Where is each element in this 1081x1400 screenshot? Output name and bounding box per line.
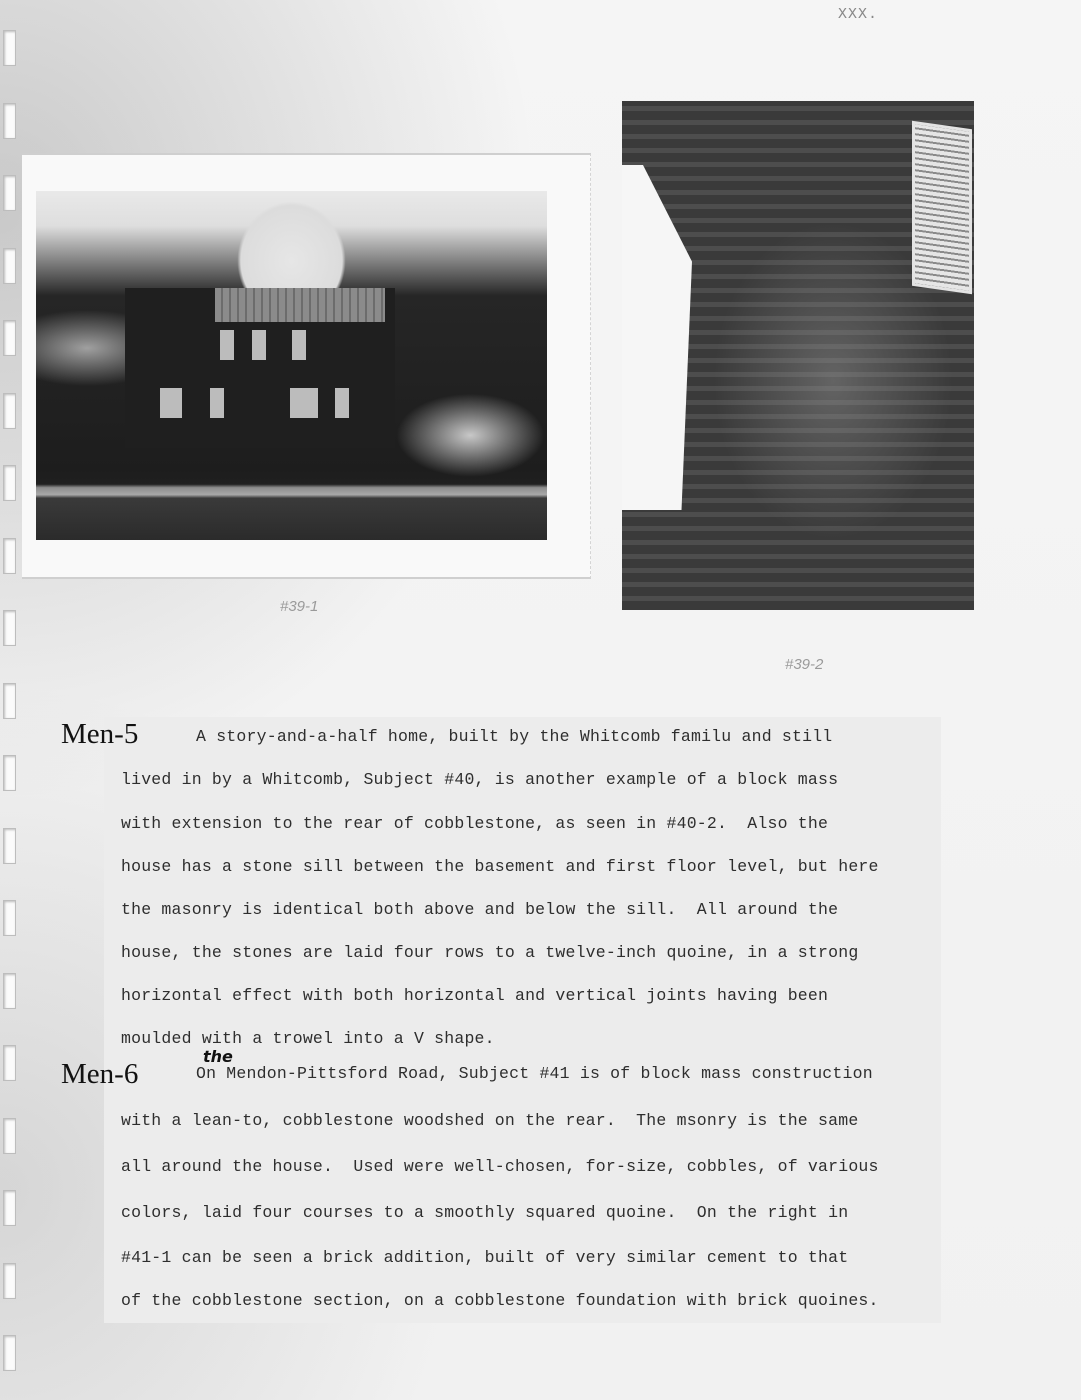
window [210,388,224,418]
window [335,388,349,418]
binder-hole [3,1118,16,1154]
window [160,388,182,418]
binder-hole [3,683,16,719]
house-roof [215,288,385,322]
text-line: house, the stones are laid four rows to … [121,943,858,962]
binder-hole [3,320,16,356]
binder-hole [3,1190,16,1226]
photo-caption: #39-1 [280,598,318,615]
section-label: Men-6 [61,1058,138,1091]
binder-hole [3,393,16,429]
text-line: of the cobblestone section, on a cobbles… [121,1291,879,1310]
section-label: Men-5 [61,718,138,751]
binder-hole [3,610,16,646]
binder-hole [3,973,16,1009]
text-line: On Mendon-Pittsford Road, Subject #41 is… [196,1064,873,1083]
text-line: A story-and-a-half home, built by the Wh… [196,727,832,746]
binder-hole [3,465,16,501]
binder-hole [3,103,16,139]
binder-hole [3,1263,16,1299]
binder-hole [3,900,16,936]
text-line: house has a stone sill between the basem… [121,857,879,876]
text-line: lived in by a Whitcomb, Subject #40, is … [121,770,838,789]
photo-caption: #39-2 [785,656,823,673]
text-line: horizontal effect with both horizontal a… [121,986,828,1005]
binder-hole [3,30,16,66]
text-line: #41-1 can be seen a brick addition, buil… [121,1248,848,1267]
binder-hole [3,1335,16,1371]
typed-text-panel [104,717,941,1323]
window [220,330,234,360]
page-number-mark: XXX. [838,6,878,23]
text-line: with a lean-to, cobblestone woodshed on … [121,1111,858,1130]
binder-hole [3,175,16,211]
binder-holes [0,0,22,1400]
window-shutter [912,121,972,294]
text-line: colors, laid four courses to a smoothly … [121,1203,848,1222]
binder-hole [3,755,16,791]
text-line: with extension to the rear of cobbleston… [121,814,828,833]
text-line: moulded with a trowel into a V shape. [121,1029,495,1048]
window [292,330,306,360]
binder-hole [3,1045,16,1081]
window [252,330,266,360]
binder-hole [3,828,16,864]
text-line: the masonry is identical both above and … [121,900,838,919]
text-line: all around the house. Used were well-cho… [121,1157,879,1176]
window [290,388,318,418]
binder-hole [3,248,16,284]
binder-hole [3,538,16,574]
